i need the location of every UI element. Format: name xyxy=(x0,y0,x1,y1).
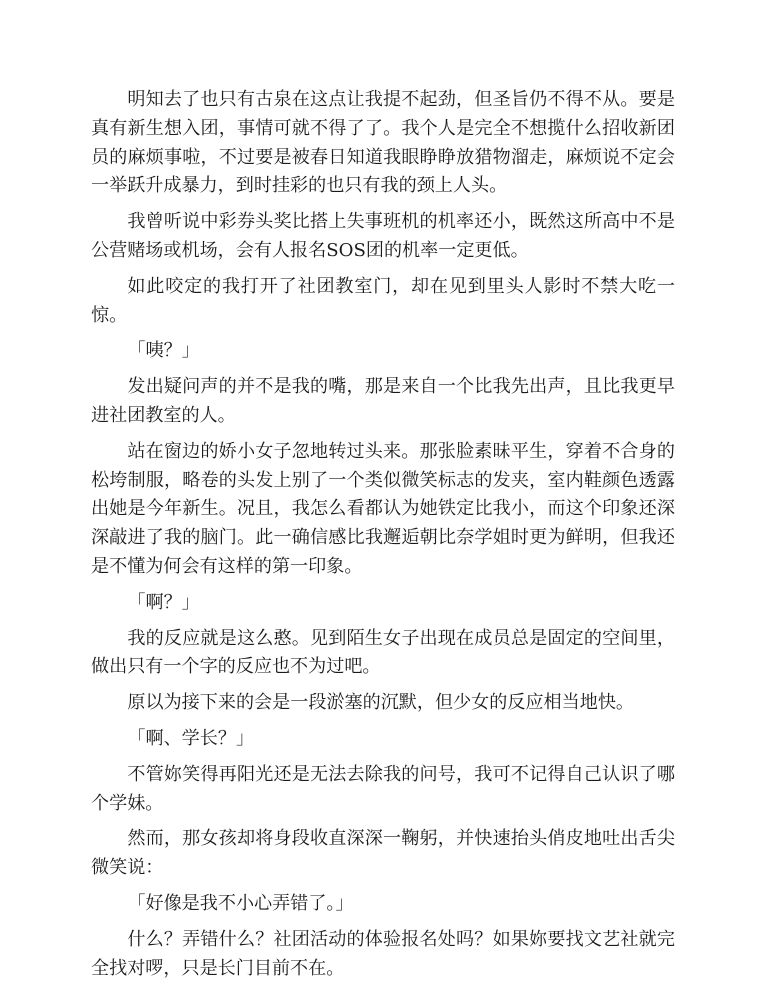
paragraph-9: 然而，那女孩却将身段收直深深一鞠躬，并快速抬头俏皮地吐出舌尖微笑说： xyxy=(91,825,675,883)
paragraph-8: 不管妳笑得再阳光还是无法去除我的问号，我可不记得自己认识了哪个学妹。 xyxy=(91,761,675,819)
dialogue-line-1: 「咦？」 xyxy=(91,337,675,366)
paragraph-10: 什么？弄错什么？社团活动的体验报名处吗？如果妳要找文艺社就完全找对啰，只是长门目… xyxy=(91,926,675,984)
paragraph-2: 我曾听说中彩券头奖比搭上失事班机的机率还小，既然这所高中不是公营赌场或机场，会有… xyxy=(91,208,675,266)
paragraph-4: 发出疑问声的并不是我的嘴，那是来自一个比我先出声，且比我更早进社团教室的人。 xyxy=(91,373,675,431)
dialogue-line-2: 「啊？」 xyxy=(91,589,675,618)
paragraph-1: 明知去了也只有古泉在这点让我提不起劲，但圣旨仍不得不从。要是真有新生想入团，事情… xyxy=(91,86,675,201)
paragraph-5: 站在窗边的娇小女子忽地转过头来。那张脸素昧平生，穿着不合身的松垮制服，略卷的头发… xyxy=(91,438,675,582)
dialogue-line-4: 「好像是我不小心弄错了。」 xyxy=(91,890,675,919)
dialogue-line-3: 「啊、学长？」 xyxy=(91,725,675,754)
paragraph-7: 原以为接下来的会是一段淤塞的沉默，但少女的反应相当地快。 xyxy=(91,689,675,718)
paragraph-3: 如此咬定的我打开了社团教室门，却在见到里头人影时不禁大吃一惊。 xyxy=(91,273,675,331)
paragraph-6: 我的反应就是这么憨。见到陌生女子出现在成员总是固定的空间里，做出只有一个字的反应… xyxy=(91,625,675,683)
document-page: 明知去了也只有古泉在这点让我提不起劲，但圣旨仍不得不从。要是真有新生想入团，事情… xyxy=(91,86,675,990)
